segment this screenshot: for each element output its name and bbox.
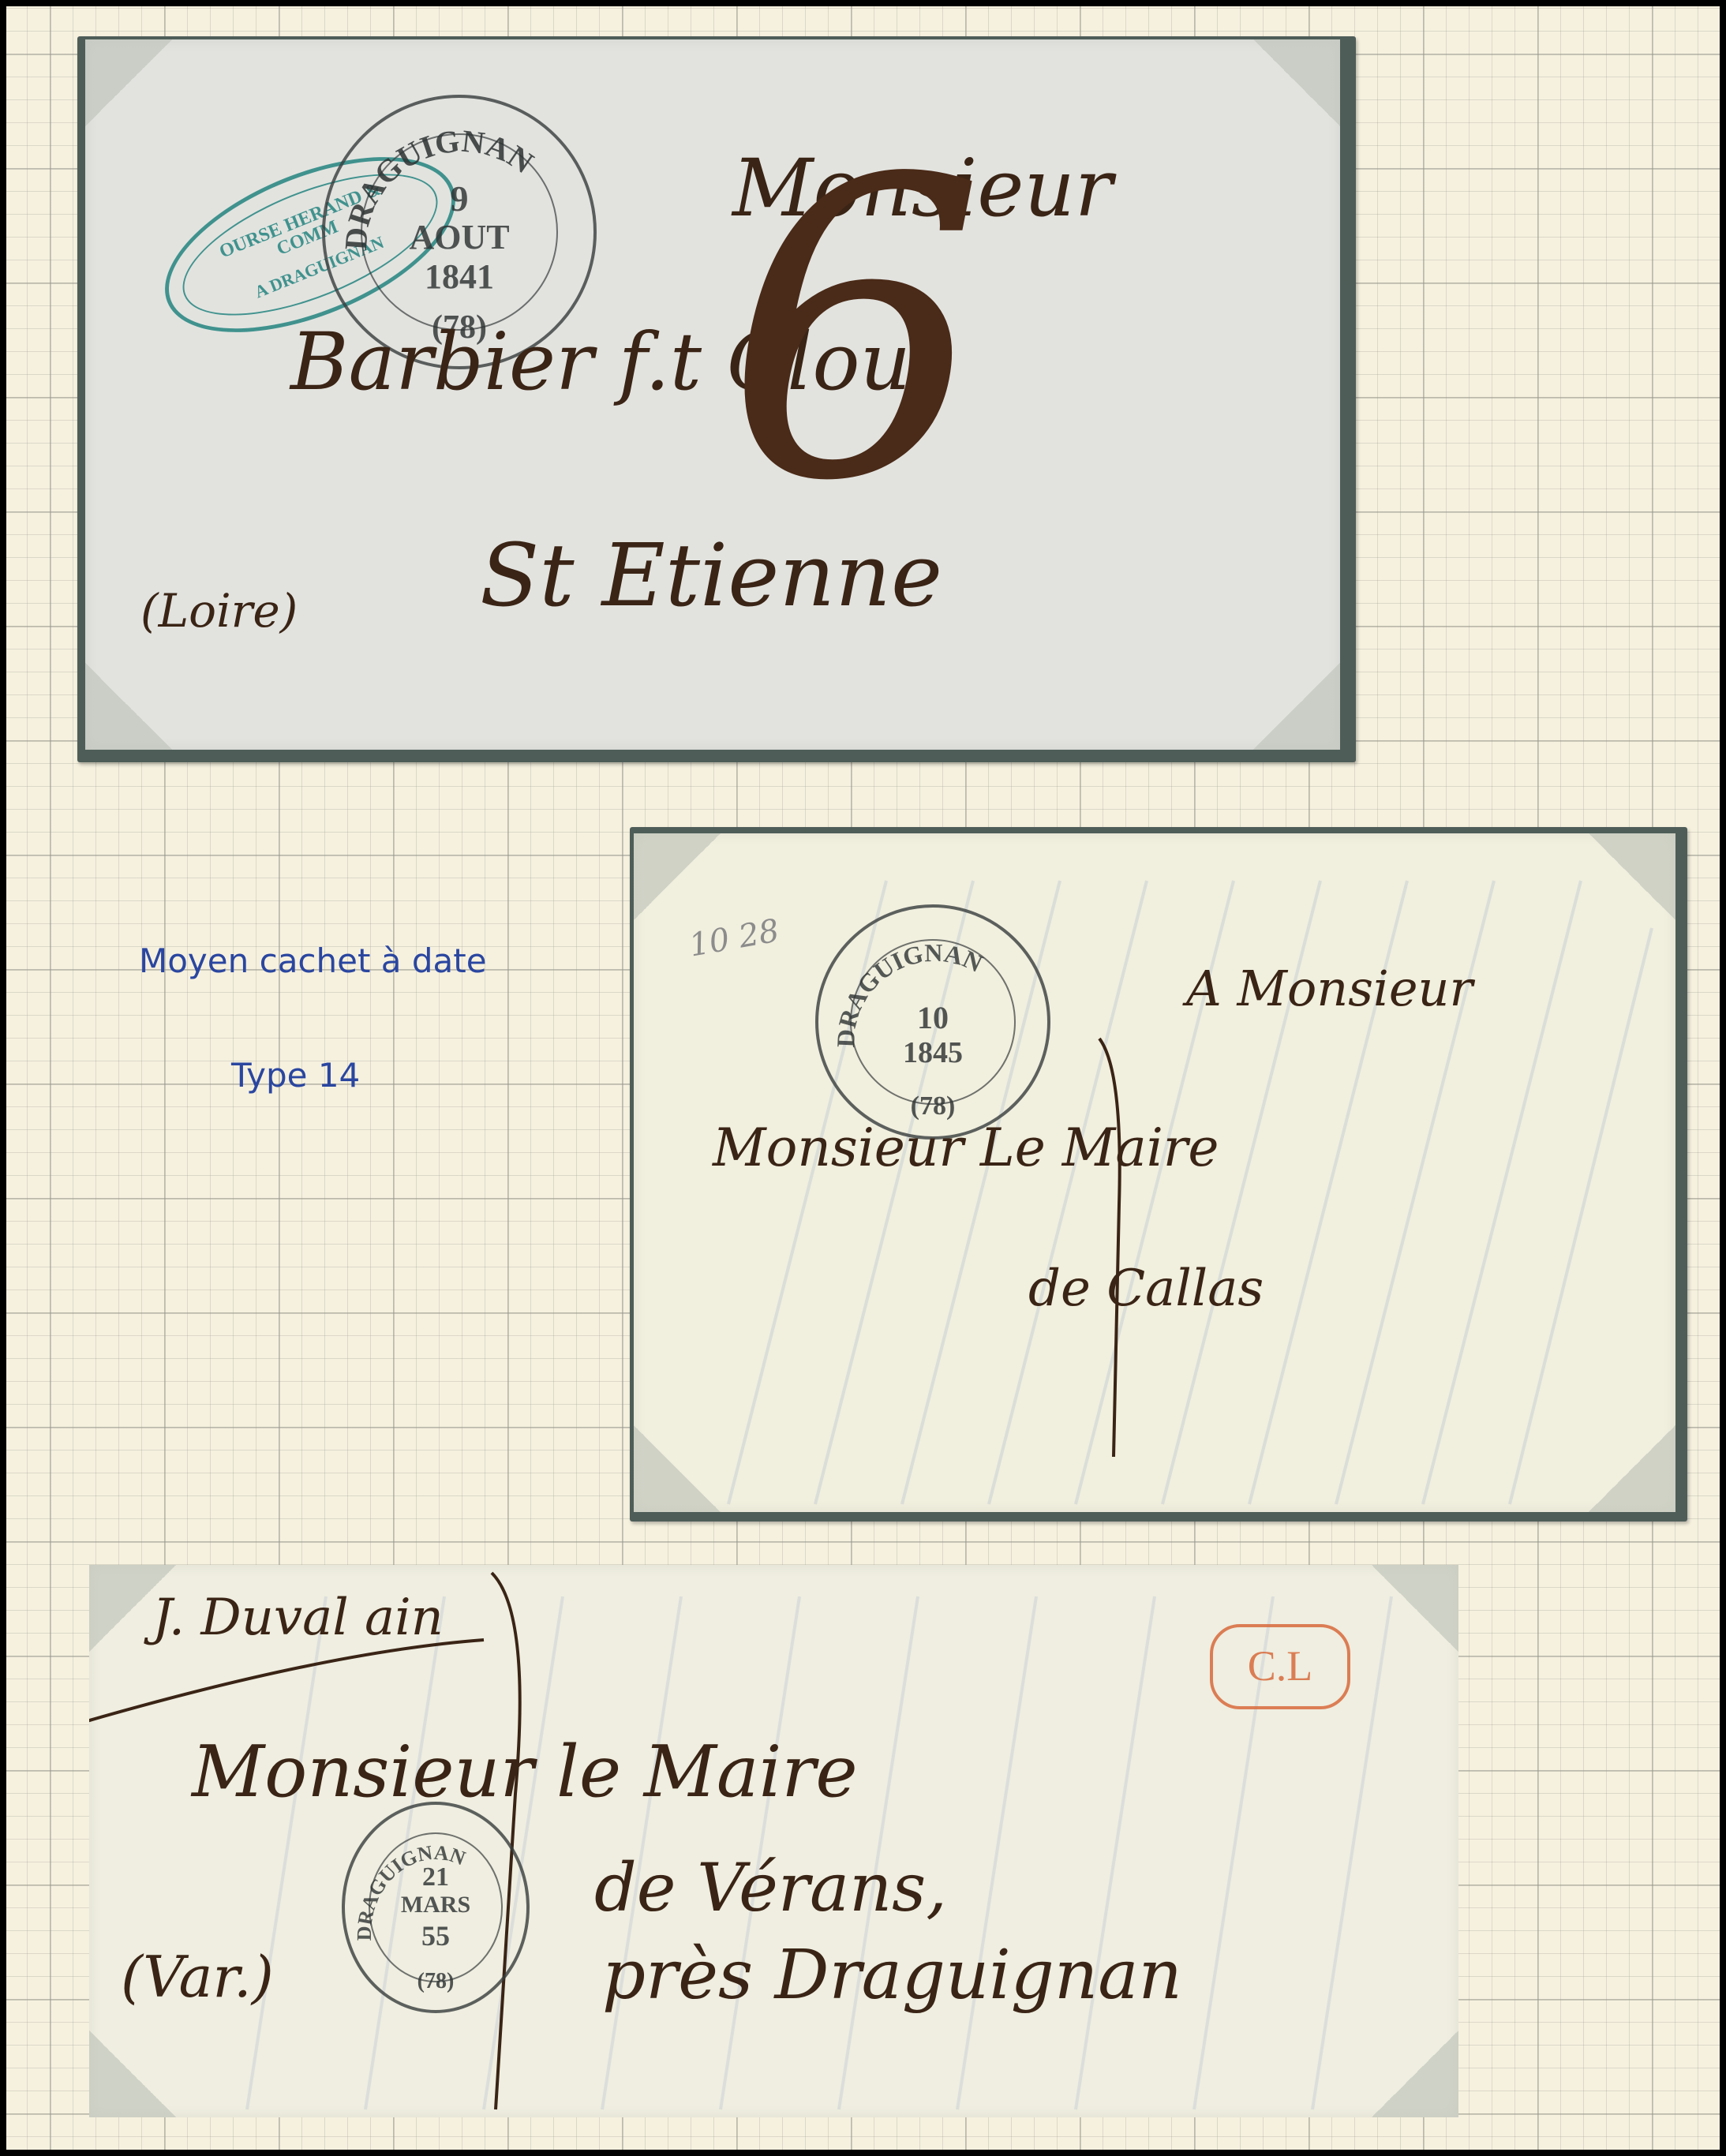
postmark-day: 9 (325, 181, 593, 217)
postmark-month: MARS (345, 1893, 526, 1917)
address-line-3: (Var.) (121, 1944, 274, 2010)
postmark-draguignan-1855: DRAGUIGNAN 21 MARS 55 (78) (342, 1802, 530, 2013)
photo-corner (1253, 39, 1340, 126)
postmark-month: AOUT (325, 220, 593, 255)
cover-1855: J. Duval ain C.L Monsieur le Maire de Vé… (89, 1565, 1458, 2117)
address-line-1: Monsieur le Maire (192, 1731, 858, 1814)
cl-mark: C.L (1210, 1624, 1350, 1709)
photo-corner (1253, 663, 1340, 750)
photo-corner (85, 663, 172, 750)
photo-corner (85, 39, 172, 126)
postmark-year: 1841 (325, 260, 593, 294)
annotation-line-2: Type 14 (231, 1056, 360, 1095)
postmark-department: (78) (345, 1971, 526, 1993)
postmark-year: 55 (345, 1922, 526, 1950)
address-line-2: de Vérans, (594, 1849, 947, 1926)
address-line-4: (Loire) (140, 584, 298, 638)
cover-1841: OURSE HERAND & COMM A DRAGUIGNAN DRAGUIG… (85, 39, 1340, 750)
address-line-4: près Draguignan (602, 1936, 1182, 2015)
annotation-line-1: Moyen cachet à date (139, 941, 487, 980)
postmark-day: 21 (345, 1864, 526, 1891)
album-page: OURSE HERAND & COMM A DRAGUIGNAN DRAGUIG… (6, 6, 1720, 2150)
manuscript-stroke (634, 833, 1675, 1512)
tax-mark: 6 (724, 126, 986, 537)
cover-1845: 10 28 DRAGUIGNAN 10 1845 (78) A Monsieur… (634, 833, 1675, 1512)
